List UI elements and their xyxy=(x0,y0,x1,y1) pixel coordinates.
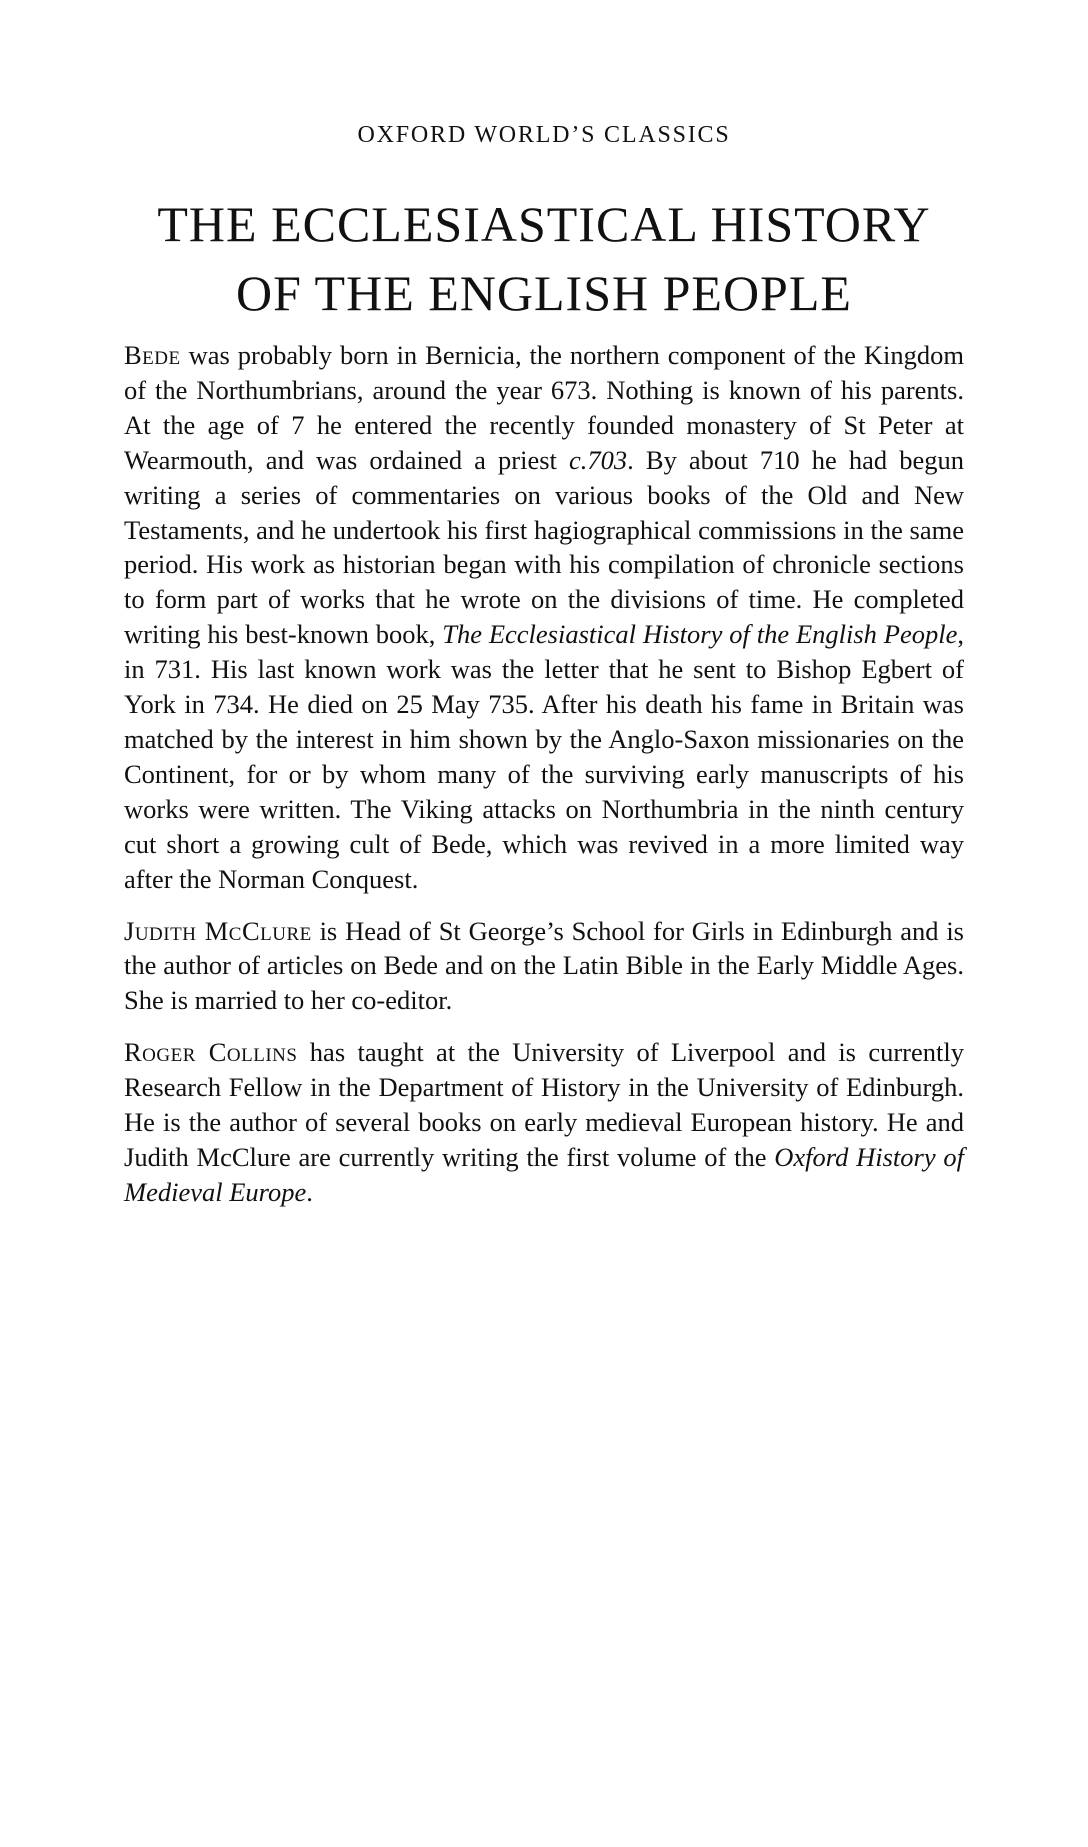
mcclure-biography: Judith McClure is Head of St George’s Sc… xyxy=(124,914,964,1019)
author-biographies: Bede was probably born in Bernicia, the … xyxy=(124,338,964,1227)
book-title-reference: The Ecclesiastical History of the Englis… xyxy=(442,619,957,649)
book-title: THE ECCLESIASTICAL HISTORY OF THE ENGLIS… xyxy=(0,190,1088,328)
collins-bio-text-2: . xyxy=(306,1177,313,1207)
author-name-bede: Bede xyxy=(124,340,181,370)
book-title-line-1: THE ECCLESIASTICAL HISTORY xyxy=(0,190,1088,259)
book-title-line-2: OF THE ENGLISH PEOPLE xyxy=(0,259,1088,328)
collins-biography: Roger Collins has taught at the Universi… xyxy=(124,1035,964,1210)
circa-date: c.703 xyxy=(569,445,627,475)
author-name-mcclure: Judith McClure xyxy=(124,916,312,946)
book-page: OXFORD WORLD’S CLASSICS THE ECCLESIASTIC… xyxy=(0,0,1088,1847)
author-name-collins: Roger Collins xyxy=(124,1037,297,1067)
bede-biography: Bede was probably born in Bernicia, the … xyxy=(124,338,964,897)
series-label: OXFORD WORLD’S CLASSICS xyxy=(0,120,1088,150)
bede-bio-text-3: , in 731. His last known work was the le… xyxy=(124,619,964,893)
